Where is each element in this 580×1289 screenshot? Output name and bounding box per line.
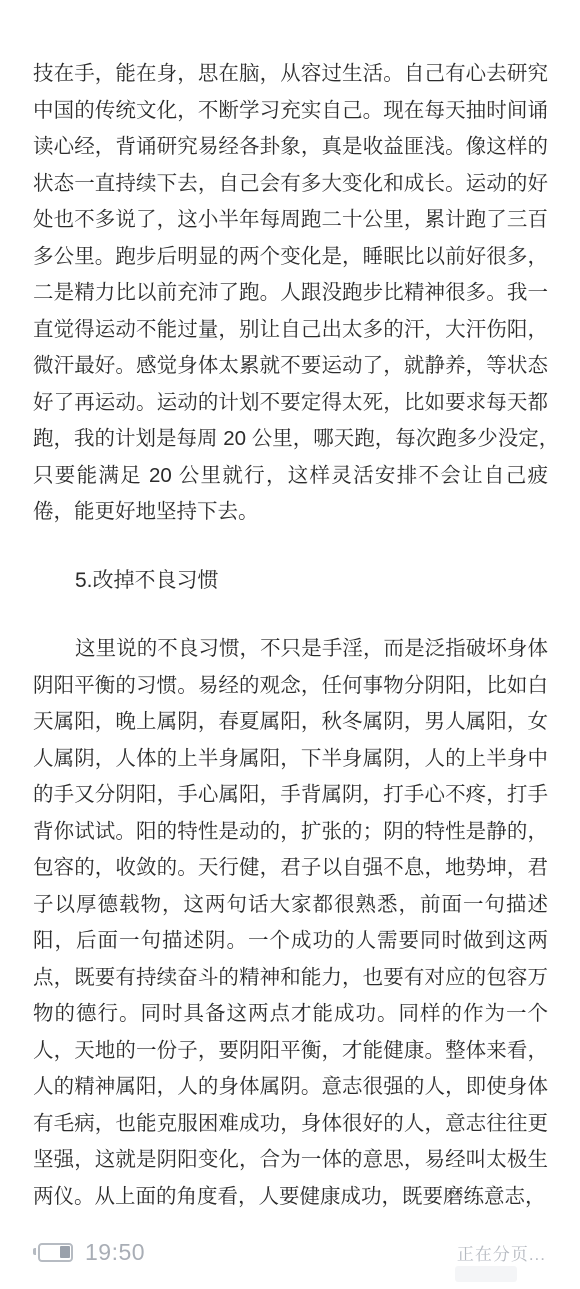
text-line: 物的德行。同时具备这两点才能成功。同样的作为一个 xyxy=(33,996,548,1033)
text-line: 处也不多说了，这小半年每周跑二十公里，累计跑了三百 xyxy=(33,202,548,239)
text-line: 天属阳，晚上属阴，春夏属阳，秋冬属阴，男人属阳，女 xyxy=(33,704,548,741)
text-line: 微汗最好。感觉身体太累就不要运动了，就静养，等状态 xyxy=(33,348,548,385)
section-heading: 5.改掉不良习惯 xyxy=(33,563,548,600)
reader-status-bar: 19:50 正在分页... xyxy=(33,1237,546,1267)
faint-placeholder-box xyxy=(455,1266,517,1282)
text-line: 人的精神属阳，人的身体属阴。意志很强的人，即使身体 xyxy=(33,1069,548,1106)
text-line: 阳，后面一句描述阴。一个成功的人需要同时做到这两 xyxy=(33,923,548,960)
text-line: 多公里。跑步后明显的两个变化是，睡眠比以前好很多， xyxy=(33,239,548,276)
paragraph: 这里说的不良习惯，不只是手淫，而是泛指破坏身体阴阳平衡的习惯。易经的观念，任何事… xyxy=(33,631,548,1215)
battery-icon xyxy=(38,1243,73,1262)
text-line: 中国的传统文化，不断学习充实自己。现在每天抽时间诵 xyxy=(33,93,548,130)
text-line: 二是精力比以前充沛了跑。人跟没跑步比精神很多。我一 xyxy=(33,275,548,312)
text-line: 的手又分阴阳，手心属阳，手背属阴，打手心不疼，打手 xyxy=(33,777,548,814)
text-line: 好了再运动。运动的计划不要定得太死，比如要求每天都 xyxy=(33,385,548,422)
text-line: 跑，我的计划是每周 20 公里，哪天跑，每次跑多少没定， xyxy=(33,421,548,458)
reader-content: 技在手，能在身，思在脑，从容过生活。自己有心去研究中国的传统文化，不断学习充实自… xyxy=(33,56,548,1215)
text-line: 子以厚德载物，这两句话大家都很熟悉，前面一句描述 xyxy=(33,887,548,924)
text-line: 包容的，收敛的。天行健，君子以自强不息，地势坤，君 xyxy=(33,850,548,887)
text-line: 只要能满足 20 公里就行，这样灵活安排不会让自己疲 xyxy=(33,458,548,495)
text-line: 5.改掉不良习惯 xyxy=(33,563,548,600)
text-line: 技在手，能在身，思在脑，从容过生活。自己有心去研究 xyxy=(33,56,548,93)
text-line: 读心经，背诵研究易经各卦象，真是收益匪浅。像这样的 xyxy=(33,129,548,166)
status-bar-left: 19:50 xyxy=(33,1239,145,1266)
text-line: 两仪。从上面的角度看，人要健康成功，既要磨练意志， xyxy=(33,1179,548,1216)
reader-page[interactable]: 技在手，能在身，思在脑，从容过生活。自己有心去研究中国的传统文化，不断学习充实自… xyxy=(0,0,580,1289)
battery-nub xyxy=(33,1248,36,1255)
text-line: 点，既要有持续奋斗的精神和能力，也要有对应的包容万 xyxy=(33,960,548,997)
text-line: 直觉得运动不能过量，别让自己出太多的汗，大汗伤阳， xyxy=(33,312,548,349)
text-line: 背你试试。阳的特性是动的，扩张的；阴的特性是静的， xyxy=(33,814,548,851)
text-line: 倦，能更好地坚持下去。 xyxy=(33,494,548,531)
text-line: 坚强，这就是阴阳变化，合为一体的意思，易经叫太极生 xyxy=(33,1142,548,1179)
text-line: 状态一直持续下去，自己会有多大变化和成长。运动的好 xyxy=(33,166,548,203)
text-line: 这里说的不良习惯，不只是手淫，而是泛指破坏身体 xyxy=(33,631,548,668)
text-line: 阴阳平衡的习惯。易经的观念，任何事物分阴阳，比如白 xyxy=(33,668,548,705)
text-line: 有毛病，也能克服困难成功，身体很好的人，意志往往更 xyxy=(33,1106,548,1143)
paragraph: 技在手，能在身，思在脑，从容过生活。自己有心去研究中国的传统文化，不断学习充实自… xyxy=(33,56,548,531)
battery-fill xyxy=(60,1246,70,1258)
text-line: 人，天地的一份子，要阴阳平衡，才能健康。整体来看， xyxy=(33,1033,548,1070)
text-line: 人属阴，人体的上半身属阳，下半身属阴，人的上半身中 xyxy=(33,741,548,778)
clock-time: 19:50 xyxy=(85,1239,145,1266)
pagination-status-text: 正在分页... xyxy=(457,1240,546,1265)
